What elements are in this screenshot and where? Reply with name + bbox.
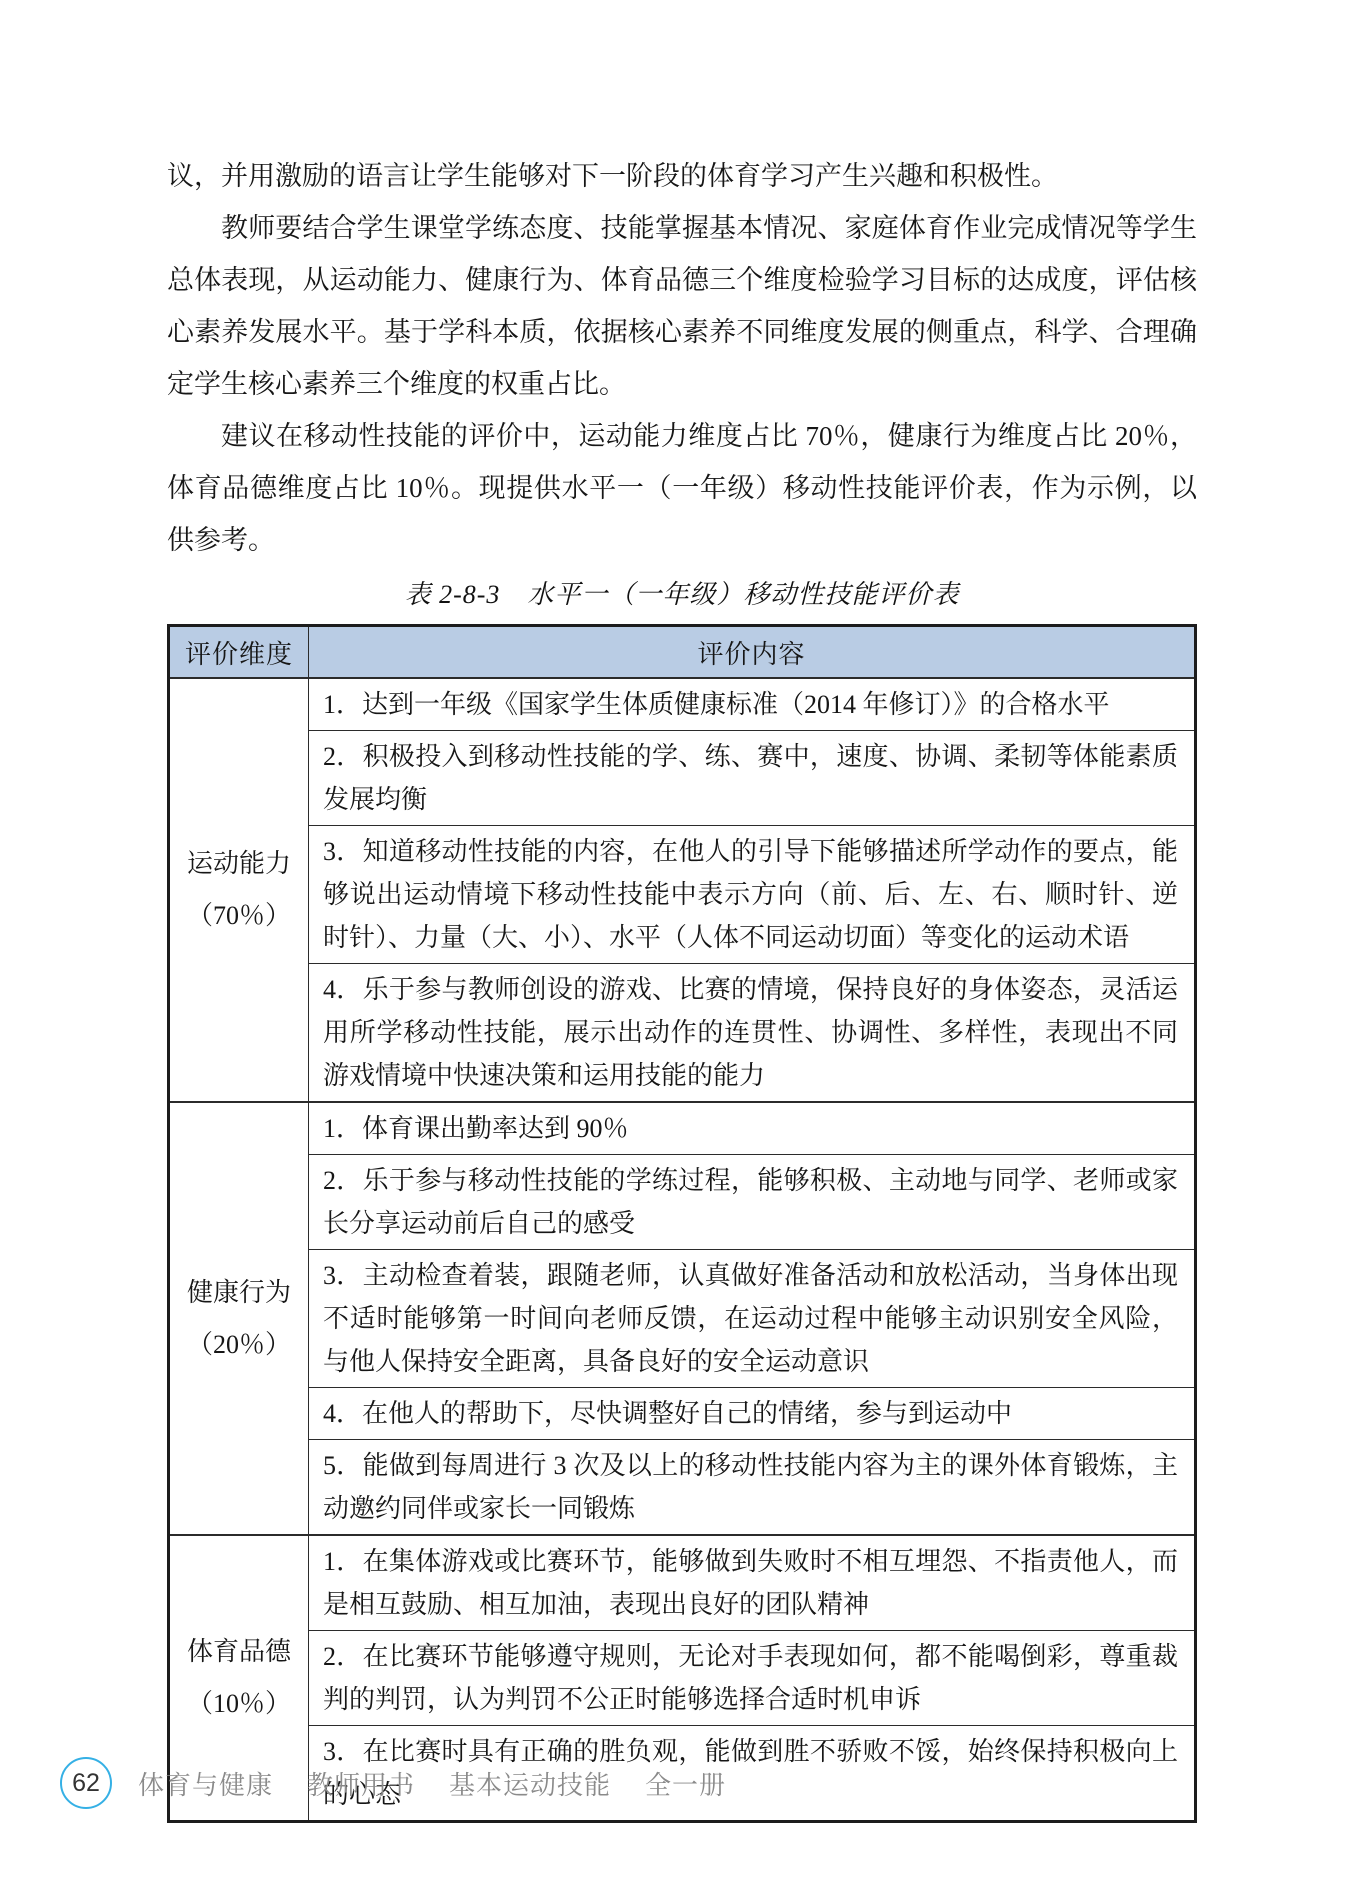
table-row: 3．知道移动性技能的内容，在他人的引导下能够描述所学动作的要点，能够说出运动情境… — [169, 826, 1196, 964]
footer-book-type: 教师用书 — [307, 1765, 415, 1802]
dimension-cell-motor-ability: 运动能力 （70％） — [169, 678, 309, 1102]
table-row: 2．在比赛环节能够遵守规则，无论对手表现如何，都不能喝倒彩，尊重裁判的判罚，认为… — [169, 1631, 1196, 1726]
table-row: 3．主动检查着装，跟随老师，认真做好准备活动和放松活动，当身体出现不适时能够第一… — [169, 1250, 1196, 1388]
item-cell: 2．乐于参与移动性技能的学练过程，能够积极、主动地与同学、老师或家长分享运动前后… — [309, 1155, 1196, 1250]
item-cell: 3．主动检查着装，跟随老师，认真做好准备活动和放松活动，当身体出现不适时能够第一… — [309, 1250, 1196, 1388]
dimension-weight: （70％） — [174, 890, 304, 942]
item-cell: 2．在比赛环节能够遵守规则，无论对手表现如何，都不能喝倒彩，尊重裁判的判罚，认为… — [309, 1631, 1196, 1726]
footer-book-info: 体育与健康 教师用书 基本运动技能 全一册 — [138, 1765, 726, 1802]
item-cell: 1．达到一年级《国家学生体质健康标准（2014 年修订）》的合格水平 — [309, 678, 1196, 731]
item-cell: 2．积极投入到移动性技能的学、练、赛中，速度、协调、柔韧等体能素质发展均衡 — [309, 731, 1196, 826]
document-page: 议，并用激励的语言让学生能够对下一阶段的体育学习产生兴趣和积极性。 教师要结合学… — [0, 0, 1359, 1891]
dimension-cell-health-behavior: 健康行为 （20％） — [169, 1102, 309, 1535]
footer-volume: 全一册 — [645, 1765, 726, 1802]
item-cell: 1．在集体游戏或比赛环节，能够做到失败时不相互埋怨、不指责他人，而是相互鼓励、相… — [309, 1535, 1196, 1631]
item-cell: 4．在他人的帮助下，尽快调整好自己的情绪，参与到运动中 — [309, 1388, 1196, 1440]
table-row: 体育品德 （10％） 1．在集体游戏或比赛环节，能够做到失败时不相互埋怨、不指责… — [169, 1535, 1196, 1631]
table-row: 健康行为 （20％） 1．体育课出勤率达到 90％ — [169, 1102, 1196, 1155]
paragraph-weight-suggestion: 建议在移动性技能的评价中，运动能力维度占比 70％，健康行为维度占比 20％，体… — [167, 410, 1197, 566]
dimension-weight: （10％） — [174, 1678, 304, 1730]
item-cell: 1．体育课出勤率达到 90％ — [309, 1102, 1196, 1155]
paragraph-teacher-evaluation: 教师要结合学生课堂学练态度、技能掌握基本情况、家庭体育作业完成情况等学生总体表现… — [167, 202, 1197, 410]
page-footer: 62 体育与健康 教师用书 基本运动技能 全一册 — [60, 1757, 726, 1809]
dimension-name: 体育品德 — [174, 1626, 304, 1678]
footer-book-subject: 基本运动技能 — [449, 1765, 611, 1802]
table-row: 4．在他人的帮助下，尽快调整好自己的情绪，参与到运动中 — [169, 1388, 1196, 1440]
table-row: 运动能力 （70％） 1．达到一年级《国家学生体质健康标准（2014 年修订）》… — [169, 678, 1196, 731]
item-cell: 5．能做到每周进行 3 次及以上的移动性技能内容为主的课外体育锻炼，主动邀约同伴… — [309, 1440, 1196, 1536]
page-content: 议，并用激励的语言让学生能够对下一阶段的体育学习产生兴趣和积极性。 教师要结合学… — [167, 0, 1197, 1823]
item-cell: 4．乐于参与教师创设的游戏、比赛的情境，保持良好的身体姿态，灵活运用所学移动性技… — [309, 964, 1196, 1103]
dimension-name: 运动能力 — [174, 838, 304, 890]
table-row: 5．能做到每周进行 3 次及以上的移动性技能内容为主的课外体育锻炼，主动邀约同伴… — [169, 1440, 1196, 1536]
table-header-dimension: 评价维度 — [169, 626, 309, 679]
table-row: 2．乐于参与移动性技能的学练过程，能够积极、主动地与同学、老师或家长分享运动前后… — [169, 1155, 1196, 1250]
page-number-badge: 62 — [60, 1757, 112, 1809]
footer-book-title: 体育与健康 — [138, 1765, 273, 1802]
table-caption: 表 2-8-3 水平一（一年级）移动性技能评价表 — [167, 578, 1197, 612]
dimension-name: 健康行为 — [174, 1267, 304, 1319]
table-row: 2．积极投入到移动性技能的学、练、赛中，速度、协调、柔韧等体能素质发展均衡 — [169, 731, 1196, 826]
evaluation-table: 评价维度 评价内容 运动能力 （70％） 1．达到一年级《国家学生体质健康标准（… — [167, 624, 1197, 1823]
paragraph-continuation: 议，并用激励的语言让学生能够对下一阶段的体育学习产生兴趣和积极性。 — [167, 150, 1197, 202]
page-number: 62 — [72, 1769, 100, 1798]
table-header-row: 评价维度 评价内容 — [169, 626, 1196, 679]
dimension-weight: （20％） — [174, 1319, 304, 1371]
table-row: 4．乐于参与教师创设的游戏、比赛的情境，保持良好的身体姿态，灵活运用所学移动性技… — [169, 964, 1196, 1103]
table-header-content: 评价内容 — [309, 626, 1196, 679]
item-cell: 3．知道移动性技能的内容，在他人的引导下能够描述所学动作的要点，能够说出运动情境… — [309, 826, 1196, 964]
